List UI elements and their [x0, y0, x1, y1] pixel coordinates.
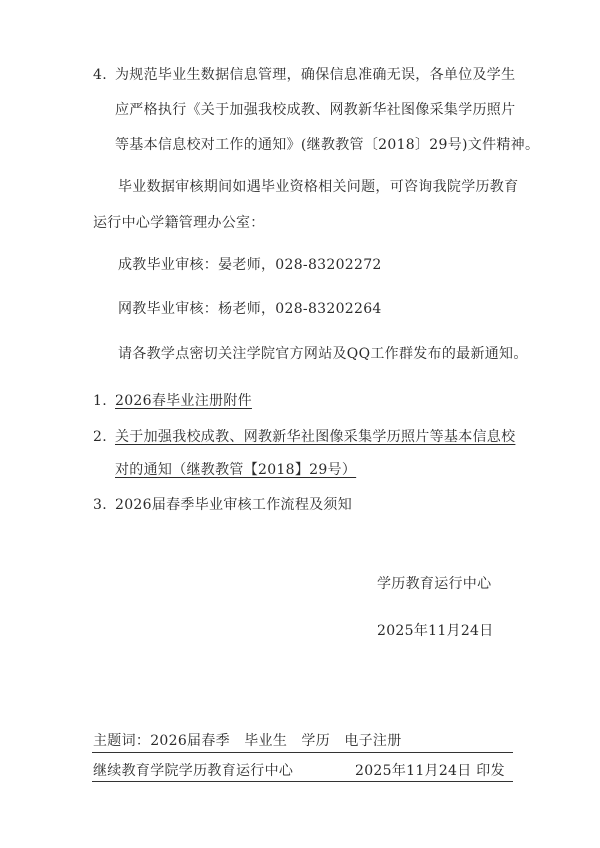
attachment-link[interactable]: 2026春毕业注册附件 — [115, 392, 252, 410]
notice-text: 请各教学点密切关注学院官方网站及QQ工作群发布的最新通知。 — [118, 345, 528, 363]
item4-line: 为规范毕业生数据信息管理，确保信息准确无误，各单位及学生 — [115, 66, 515, 84]
item4-line: 应严格执行《关于加强我校成教、网教新华社图像采集学历照片 — [115, 101, 515, 119]
signature-org: 学历教育运行中心 — [377, 575, 491, 593]
keywords: 主题词：2026届春季 毕业生 学历 电子注册 — [93, 732, 402, 750]
contact-intro: 运行中心学籍管理办公室： — [93, 214, 265, 232]
issuer: 继续教育学院学历教育运行中心 — [93, 762, 293, 780]
attachment-number: 1. — [93, 392, 107, 410]
attachment-link[interactable]: 对的通知（继教教管【2018】29号） — [115, 461, 356, 479]
issue-date: 2025年11月24日 印发 — [355, 762, 505, 780]
item4-line: 等基本信息校对工作的通知》(继教教管〔2018〕29号)文件精神。 — [115, 136, 539, 154]
footer-rule — [92, 781, 513, 782]
item-number: 4. — [93, 66, 107, 84]
attachment-number: 2. — [93, 428, 107, 446]
footer-rule — [92, 752, 513, 753]
contact-intro: 毕业数据审核期间如遇毕业资格相关问题，可咨询我院学历教育 — [118, 178, 518, 196]
attachment-title: 2026届春季毕业审核工作流程及须知 — [115, 496, 352, 514]
signature-date: 2025年11月24日 — [377, 622, 494, 640]
attachment-number: 3. — [93, 496, 107, 514]
contact-entry: 网教毕业审核：杨老师，028-83202264 — [118, 300, 382, 318]
attachment-link[interactable]: 关于加强我校成教、网教新华社图像采集学历照片等基本信息校 — [115, 428, 515, 446]
contact-entry: 成教毕业审核：晏老师，028-83202272 — [118, 256, 382, 274]
